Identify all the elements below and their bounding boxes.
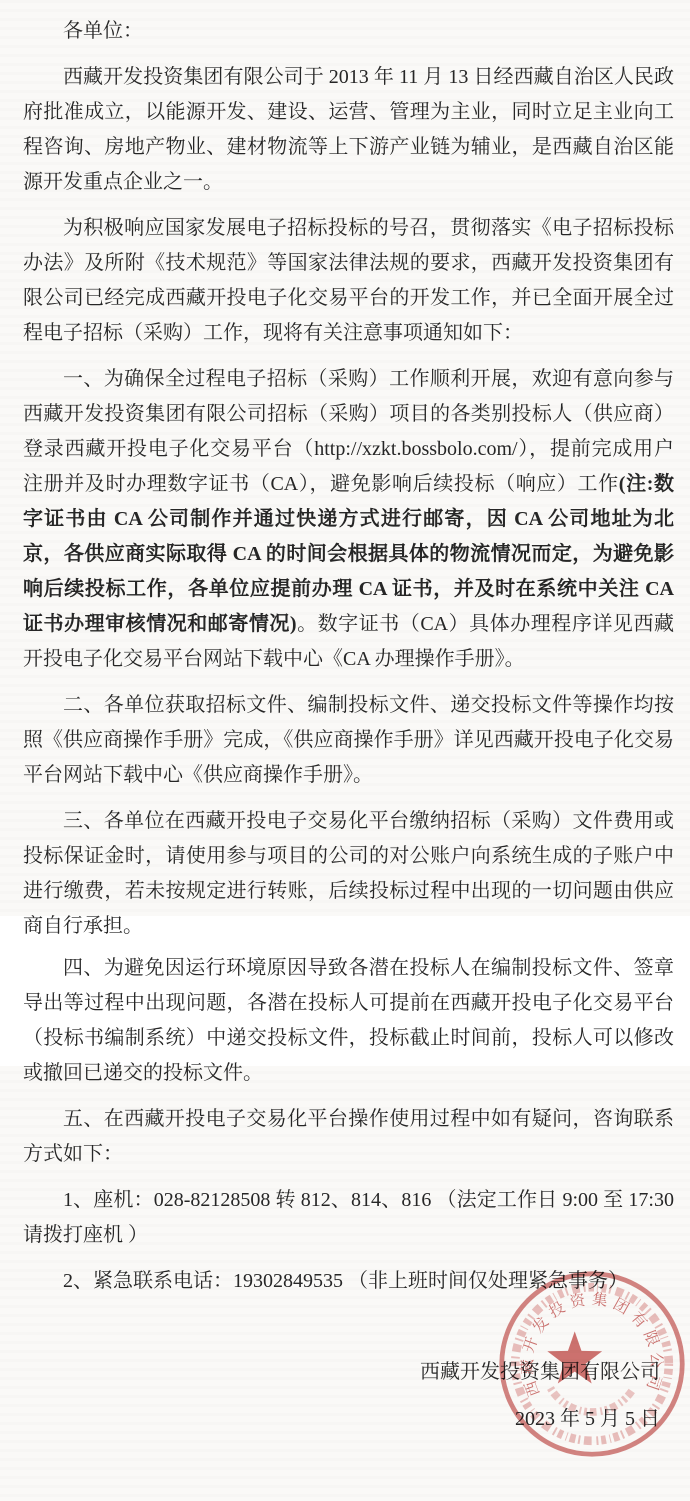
company-intro-paragraph: 西藏开发投资集团有限公司于 2013 年 11 月 13 日经西藏自治区人民政府… (23, 60, 674, 200)
contact-landline: 1、座机：028-82128508 转 812、814、816 （法定工作日 9… (23, 1183, 674, 1253)
item1-note-bold: (注:数字证书由 CA 公司制作并通过快递方式进行邮寄，因 CA 公司地址为北京… (23, 473, 674, 635)
company-seal-stamp: 西藏开发投资集团有限公司 (496, 1268, 688, 1460)
star-icon (547, 1331, 602, 1383)
stamp-script-arc (550, 1388, 633, 1412)
stamp-script-ring (515, 1287, 669, 1441)
notice-body: 各单位： 西藏开发投资集团有限公司于 2013 年 11 月 13 日经西藏自治… (0, 0, 690, 1437)
notice-item-1: 一、为确保全过程电子招标（采购）工作顺利开展，欢迎有意向参与西藏开发投资集团有限… (23, 362, 674, 677)
notice-item-3: 三、各单位在西藏开投电子交易化平台缴纳招标（采购）文件费用或投标保证金时，请使用… (23, 804, 674, 944)
salutation: 各单位： (23, 14, 674, 49)
notice-document-page: 各单位： 西藏开发投资集团有限公司于 2013 年 11 月 13 日经西藏自治… (0, 0, 690, 1501)
platform-intro-paragraph: 为积极响应国家发展电子招标投标的号召，贯彻落实《电子招标投标办法》及所附《技术规… (23, 211, 674, 351)
notice-item-2: 二、各单位获取招标文件、编制投标文件、递交投标文件等操作均按照《供应商操作手册》… (23, 688, 674, 793)
item1-text-before-note: 一、为确保全过程电子招标（采购）工作顺利开展，欢迎有意向参与西藏开发投资集团有限… (23, 368, 674, 495)
notice-item-5: 五、在西藏开投电子交易化平台操作使用过程中如有疑问，咨询联系方式如下： (23, 1102, 674, 1172)
notice-item-4: 四、为避免因运行环境原因导致各潜在投标人在编制投标文件、签章导出等过程中出现问题… (23, 951, 674, 1091)
